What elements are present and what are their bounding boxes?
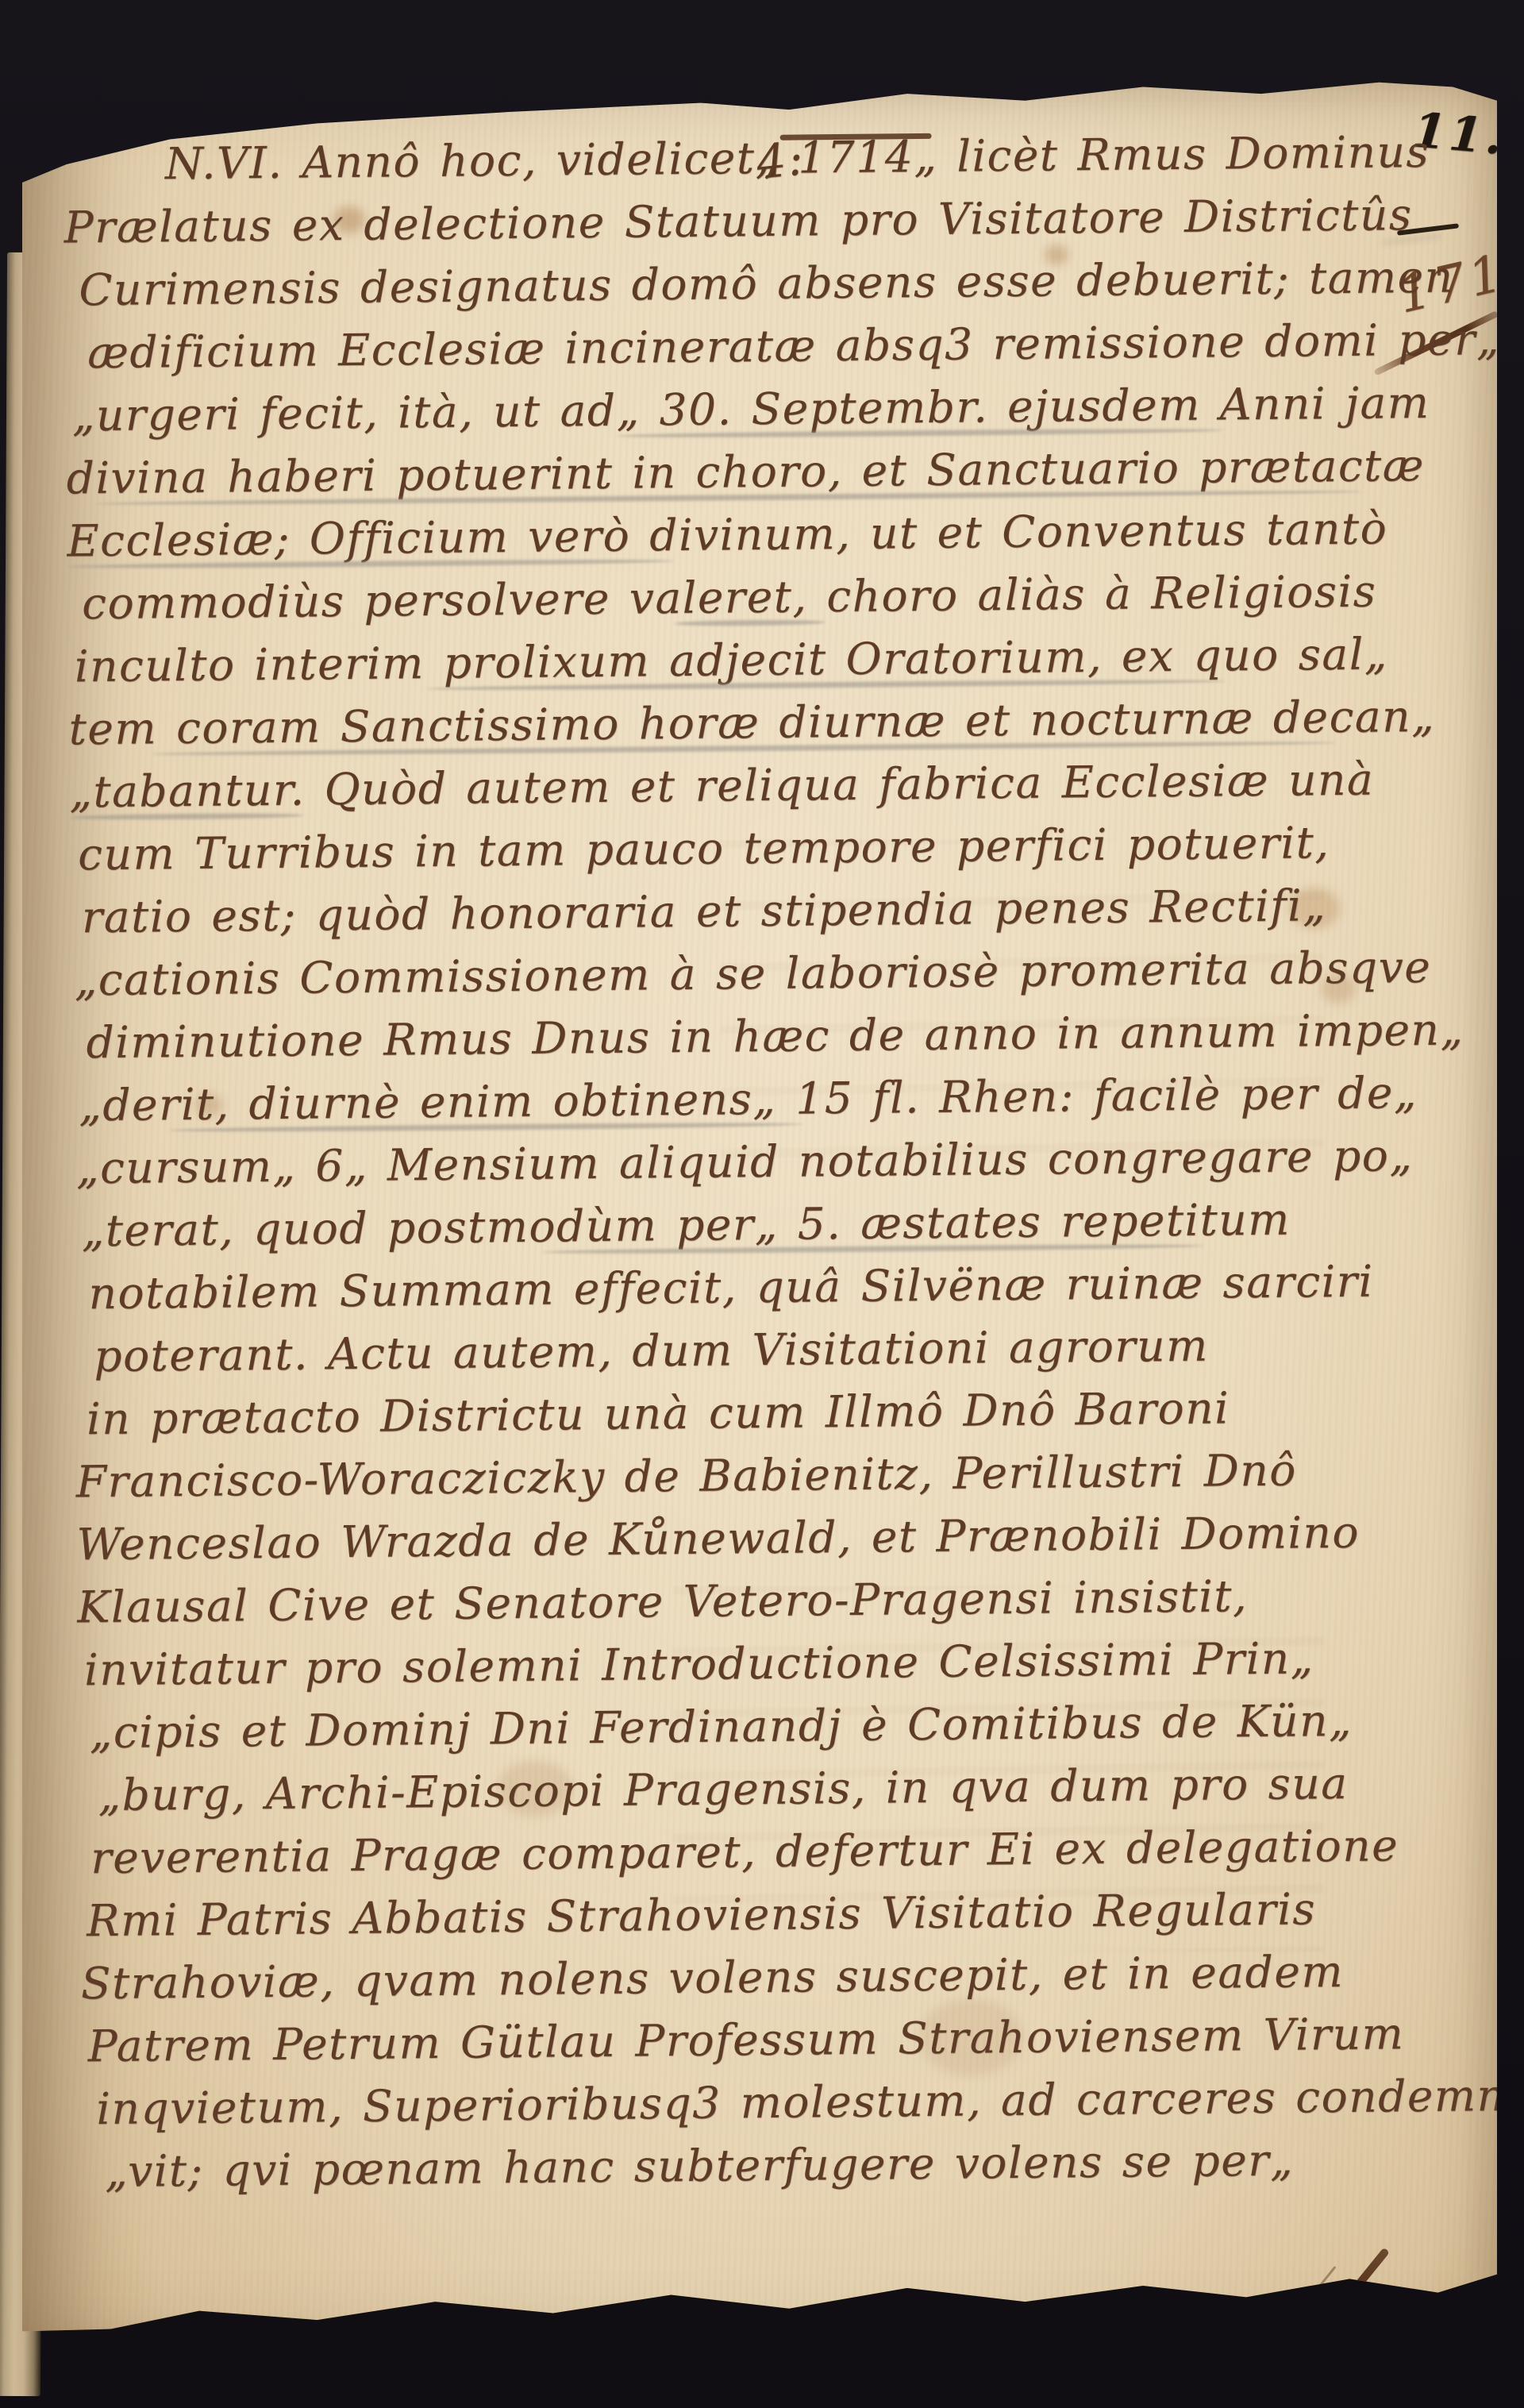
manuscript-page: 4: 11. 1714 N.VI. Annô hoc, videlicet„ 1… (22, 78, 1497, 2356)
line-text: Prælatus ex delectione Statuum pro Visit… (63, 189, 1412, 252)
line-text: Wenceslao Wrazda de Kůnewald, et Prænobi… (76, 1507, 1360, 1570)
line-text: Klausal Cive et Senatore Vetero-Pragensi… (77, 1570, 1248, 1632)
manuscript-line: „vit; qvi pœnam hanc subterfugere volens… (83, 2128, 1461, 2204)
line-text: poterant. Actu autem, dum Visitationi ag… (94, 1320, 1209, 1381)
line-text: reverentia Pragæ comparet, defertur Ei e… (90, 1820, 1399, 1883)
line-text: cum Turribus in tam pauco tempore perfic… (78, 817, 1330, 880)
line-text: „burg, Archi-Episcopi Pragensis, in qva … (98, 1758, 1349, 1820)
line-text: „cationis Commissionem à se laboriosè pr… (74, 942, 1431, 1005)
line-text: „derit, diurnè enim obtinens„ 15 fl. Rhe… (79, 1067, 1418, 1131)
line-text: „tabantur. Quòd autem et reliqua fabrica… (69, 754, 1374, 818)
line-text: „cursum„ 6„ Mensium aliquid notabilius c… (76, 1130, 1414, 1193)
line-text: notabilem Summam effecit, quâ Silvënæ ru… (88, 1256, 1374, 1320)
line-text: Ecclesiæ; Officium verò divinum, ut et C… (67, 503, 1387, 566)
manuscript-text: N.VI. Annô hoc, videlicet„ 1714„ licèt R… (63, 121, 1461, 2204)
line-text: Patrem Petrum Gütlau Professum Strahovie… (87, 2008, 1404, 2071)
line-text: inqvietum, Superioribusq3 molestum, ad c… (96, 2069, 1524, 2134)
line-text: Rmi Patris Abbatis Strahoviensis Visitat… (87, 1883, 1316, 1946)
line-text: invitatur pro solemni Introductione Cels… (84, 1632, 1314, 1695)
line-text: in prætacto Districtu unà cum Illmô Dnô … (87, 1382, 1230, 1444)
line-text: „vit; qvi pœnam hanc subterfugere volens… (105, 2135, 1294, 2197)
line-text: Francisco-Woracziczky de Babienitz, Peri… (76, 1445, 1298, 1508)
line-text: ædificium Ecclesiæ incineratæ absq3 remi… (87, 314, 1500, 378)
line-text: Strahoviæ, qvam nolens volens suscepit, … (81, 1946, 1345, 2009)
line-text: ratio est; quòd honoraria et stipendia p… (82, 880, 1327, 942)
line-text: „urgeri fecit, ità, ut ad„ 30. Septembr.… (72, 377, 1430, 441)
line-text: Curimensis designatus domô absens esse d… (79, 252, 1454, 316)
line-text: commodiùs persolvere valeret, choro alià… (82, 566, 1377, 630)
line-text: diminutione Rmus Dnus in hæc de anno in … (86, 1004, 1464, 1069)
line-text: „cipis et Dominj Dni Ferdinandj è Comiti… (90, 1695, 1353, 1758)
